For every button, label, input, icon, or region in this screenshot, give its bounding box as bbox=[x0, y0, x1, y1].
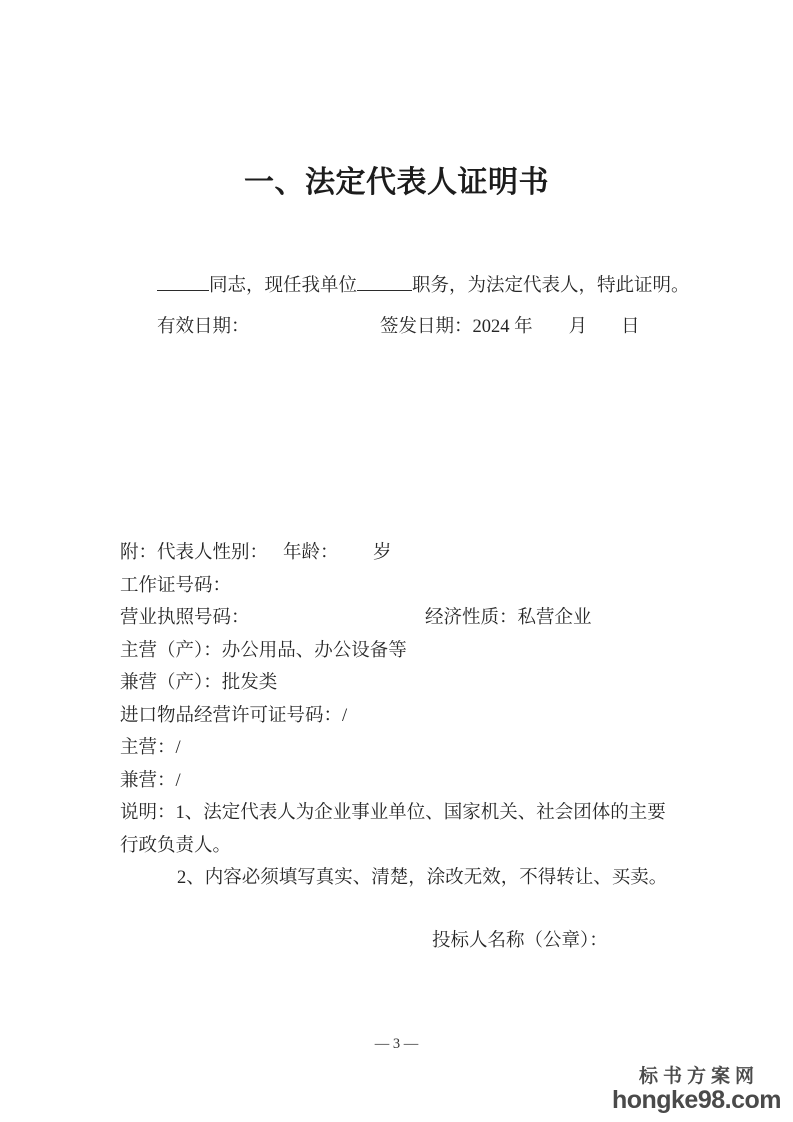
side-business-value: 兼营：/ bbox=[120, 771, 181, 791]
import-license-value: 进口物品经营许可证号码：/ bbox=[120, 706, 347, 726]
intro-paragraph: 同志，现任我单位职务，为法定代表人，特此证明。 bbox=[157, 272, 690, 298]
position-blank-fill-field[interactable] bbox=[357, 272, 412, 291]
bidder-seal-label: 投标人名称（公章）： bbox=[432, 929, 608, 953]
issue-date: 签发日期：2024 年月日 bbox=[380, 314, 640, 340]
notes-text-1: 说明：1、法定代表人为企业事业单位、国家机关、社会团体的主要 bbox=[120, 803, 666, 823]
intro-text-2: 职务，为法定代表人，特此证明。 bbox=[412, 276, 690, 296]
gender-label: 附：代表人性别： bbox=[120, 543, 268, 563]
work-cert-line: 工作证号码： bbox=[120, 570, 720, 603]
work-cert-label: 工作证号码： bbox=[120, 576, 231, 596]
name-blank-fill-field[interactable] bbox=[157, 272, 209, 291]
notes-line-3: 2、内容必须填写真实、清楚，涂改无效，不得转让、买卖。 bbox=[120, 862, 720, 895]
gender-age-line: 附：代表人性别： 年龄： 岁 bbox=[120, 537, 720, 570]
attachment-section: 附：代表人性别： 年龄： 岁 工作证号码： 营业执照号码： 经济性质：私营企业 … bbox=[120, 537, 720, 895]
page-title: 一、法定代表人证明书 bbox=[0, 165, 793, 201]
side-products-line: 兼营（产）：批发类 bbox=[120, 667, 720, 700]
import-license-line: 进口物品经营许可证号码：/ bbox=[120, 700, 720, 733]
watermark-site-url: hongke98.com bbox=[612, 1088, 781, 1113]
dates-row: 有效日期： 签发日期：2024 年月日 bbox=[157, 314, 717, 340]
side-business-line: 兼营：/ bbox=[120, 765, 720, 798]
age-label: 年龄： bbox=[283, 537, 339, 570]
valid-date-label: 有效日期： bbox=[157, 317, 250, 337]
watermark-site-name: 标书方案网 bbox=[612, 1066, 786, 1088]
notes-text-2: 行政负责人。 bbox=[120, 836, 231, 856]
notes-line-1: 说明：1、法定代表人为企业事业单位、国家机关、社会团体的主要 bbox=[120, 797, 720, 830]
age-unit-label: 岁 bbox=[373, 537, 392, 570]
page-number: — 3 — bbox=[0, 1036, 793, 1052]
economic-nature-value: 经济性质：私营企业 bbox=[425, 602, 592, 635]
main-business-line: 主营：/ bbox=[120, 732, 720, 765]
main-business-value: 主营：/ bbox=[120, 738, 181, 758]
main-products-value: 主营（产）：办公用品、办公设备等 bbox=[120, 641, 407, 661]
notes-line-2: 行政负责人。 bbox=[120, 830, 720, 863]
business-license-line: 营业执照号码： 经济性质：私营企业 bbox=[120, 602, 720, 635]
watermark: 标书方案网 hongke98.com bbox=[612, 1066, 781, 1113]
notes-text-3: 2、内容必须填写真实、清楚，涂改无效，不得转让、买卖。 bbox=[177, 868, 667, 888]
business-license-label: 营业执照号码： bbox=[120, 608, 250, 628]
issue-date-day: 日 bbox=[621, 317, 640, 337]
main-products-line: 主营（产）：办公用品、办公设备等 bbox=[120, 635, 720, 668]
issue-date-label: 签发日期： bbox=[380, 317, 473, 337]
issue-date-year: 2024 年 bbox=[473, 317, 533, 337]
issue-date-month: 月 bbox=[569, 317, 588, 337]
intro-text-1: 同志，现任我单位 bbox=[209, 276, 357, 296]
side-products-value: 兼营（产）：批发类 bbox=[120, 673, 277, 693]
document-page: 一、法定代表人证明书 同志，现任我单位职务，为法定代表人，特此证明。 有效日期：… bbox=[0, 0, 793, 1122]
